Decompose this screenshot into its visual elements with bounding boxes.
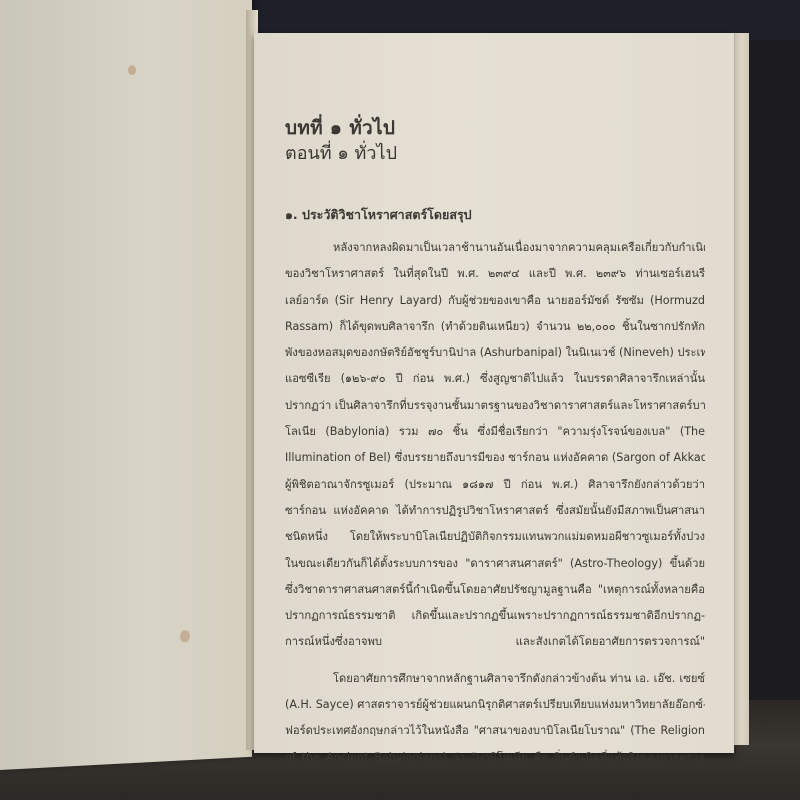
text-line: โลเนีย (Babylonia) รวม ๗๐ ชิ้น ซึ่งมีชื่… [285,419,705,445]
text-line: พังของหอสมุดของกษัตริย์อัชชูร์บานิปาล (A… [285,340,705,366]
page-content: บทที่ ๑ ทั่วไป ตอนที่ ๑ ทั่วไป ๑. ประวัต… [285,115,705,771]
text-line: ในขณะเดียวกันก็ได้ตั้งระบบการของ "ดาราศา… [285,551,705,577]
left-page [0,0,252,770]
paper-stain [180,630,190,643]
text-line: ซาร์กอน แห่งอัคคาด ได้ทำการปฏิรูปวิชาโหร… [285,498,705,524]
paragraph-1: หลังจากหลงผิดมาเป็นเวลาช้านานอันเนื่องมา… [285,235,705,656]
text-line: (A.H. Sayce) ศาสตราจารย์ผู้ช่วยแผนกนิรุก… [285,692,705,718]
text-line: ชนิดหนึ่ง โดยให้พระบาบิโลเนียปฏิบัติกิจก… [285,524,705,550]
text-line: ผู้พิชิตอาณาจักรซูเมอร์ (ประมาณ ๑๘๑๗ ปี … [285,472,705,498]
paper-stain [128,65,136,75]
text-line: Rassam) ก็ได้ขุดพบศิลาจารึก (ทำด้วยดินเห… [285,314,705,340]
text-line: ปรากฏการณ์ธรรมชาติ เกิดขึ้นและปรากฏขึ้นเ… [285,603,705,629]
subsection-heading: ๑. ประวัติวิชาโหราศาสตร์โดยสรุป [285,205,705,225]
show-through-text [10,108,230,224]
text-line: หลังจากหลงผิดมาเป็นเวลาช้านานอันเนื่องมา… [285,235,705,261]
text-line: ฟอร์ดประเทศอังกฤษกล่าวไว้ในหนังสือ "ศาสน… [285,718,705,744]
page-edges [734,33,749,745]
section-heading: ตอนที่ ๑ ทั่วไป [285,141,705,167]
text-line: ปรากฏว่า เป็นศิลาจารึกที่บรรจุงานชั้นมาต… [285,393,705,419]
paragraph-2: โดยอาศัยการศึกษาจากหลักฐานศิลาจารึกดังกล… [285,666,705,771]
text-line: ของวิชาโหราศาสตร์ ในที่สุดในปี พ.ศ. ๒๓๙๔… [285,261,705,287]
text-line: Illumination of Bel) ซึ่งบรรยายถึงบารมีข… [285,445,705,471]
text-line: of the Ancient Babylonians) ว่า "บาบิโลเ… [285,745,705,771]
text-line: ซึ่งวิชาดาราศาสนศาสตร์นี้กำเนิดขึ้นโดยอา… [285,577,705,603]
chapter-heading: บทที่ ๑ ทั่วไป [285,115,705,141]
text-line: การณ์หนึ่งซึ่งอาจพบ และสังเกตได้โดยอาศัย… [285,629,705,655]
text-line: แอซซีเรีย (๑๒๖-๙๐ ปี ก่อน พ.ศ.) ซึ่งสูญช… [285,366,705,392]
text-line: เลย์อาร์ด (Sir Henry Layard) กับผู้ช่วยข… [285,288,705,314]
text-line: โดยอาศัยการศึกษาจากหลักฐานศิลาจารึกดังกล… [285,666,705,692]
